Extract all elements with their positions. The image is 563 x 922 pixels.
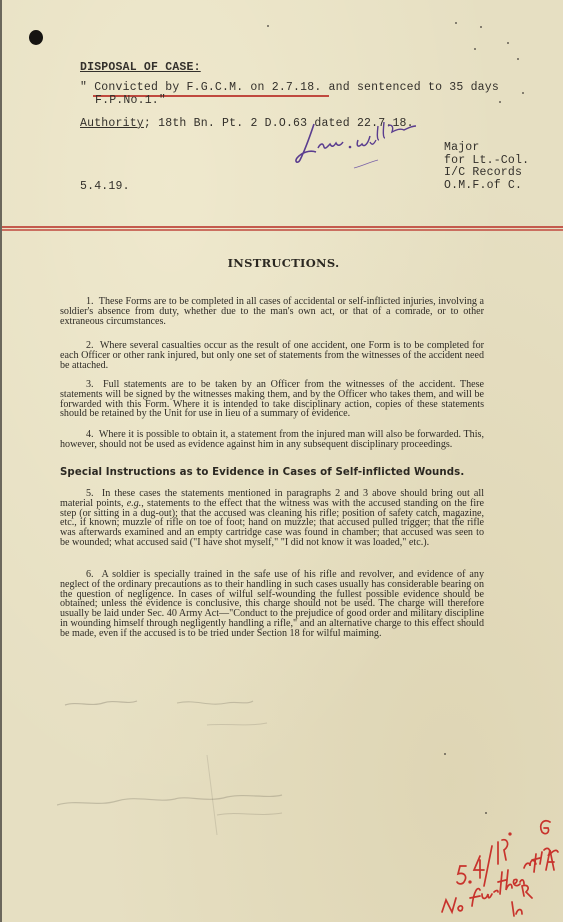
red-pencil-annotation [402, 790, 563, 922]
paragraph-5: 5. In these cases the statements mention… [60, 489, 484, 548]
quote-open: " [80, 81, 94, 94]
red-rule-bottom [2, 229, 563, 231]
bleed-through-marks [57, 695, 387, 855]
sig-office: I/C Records [444, 167, 529, 180]
ink-speck [474, 48, 476, 50]
disposal-date: 5.4.19. [80, 180, 130, 193]
special-instructions-heading: Special Instructions as to Evidence in C… [60, 467, 464, 478]
paragraph-3: 3. Full statements are to be taken by an… [60, 380, 484, 419]
ink-speck [499, 101, 501, 103]
conviction-line-1: " Convicted by F.G.C.M. on 2.7.18. and s… [80, 81, 499, 94]
ink-speck [267, 25, 269, 27]
conviction-underlined: Convicted by F.G.C.M. on 2.7.18. [94, 81, 321, 94]
red-rule-top [2, 226, 563, 228]
disposal-heading: DISPOSAL OF CASE: [80, 61, 201, 74]
paragraph-text: Where it is possible to obtain it, a sta… [60, 429, 484, 450]
authority-label: Authority [80, 117, 144, 130]
ink-speck [455, 22, 457, 24]
ink-speck [444, 753, 446, 755]
instructions-title: INSTRUCTIONS. [2, 256, 563, 270]
paragraph-text: Full statements are to be taken by an Of… [60, 379, 484, 419]
signature-block: Majorfor Lt.-Col.I/C RecordsO.M.F.of C. [444, 142, 529, 192]
ink-speck [522, 92, 524, 94]
paragraph-2: 2. Where several casualties occur as the… [60, 341, 484, 370]
sig-rank: Major [444, 142, 529, 155]
paragraph-text: Where several casualties occur as the re… [60, 340, 484, 371]
handwritten-signature [292, 112, 422, 172]
paragraph-4: 4. Where it is possible to obtain it, a … [60, 430, 484, 450]
sig-unit: O.M.F.of C. [444, 180, 529, 193]
ink-speck [517, 58, 519, 60]
document-page: DISPOSAL OF CASE: " Convicted by F.G.C.M… [0, 0, 563, 922]
ink-speck [507, 42, 509, 44]
paragraph-6: 6. A soldier is specially trained in the… [60, 570, 484, 639]
paragraph-text: These Forms are to be completed in all c… [60, 296, 484, 327]
conviction-line-2: F.P.No.1." [95, 94, 166, 107]
ink-speck [480, 26, 482, 28]
conviction-rest: and sentenced to 35 days [321, 81, 499, 94]
paragraph-text: A soldier is specially trained in the sa… [60, 569, 484, 639]
punch-hole [29, 30, 43, 45]
paragraph-1: 1. These Forms are to be completed in al… [60, 297, 484, 326]
